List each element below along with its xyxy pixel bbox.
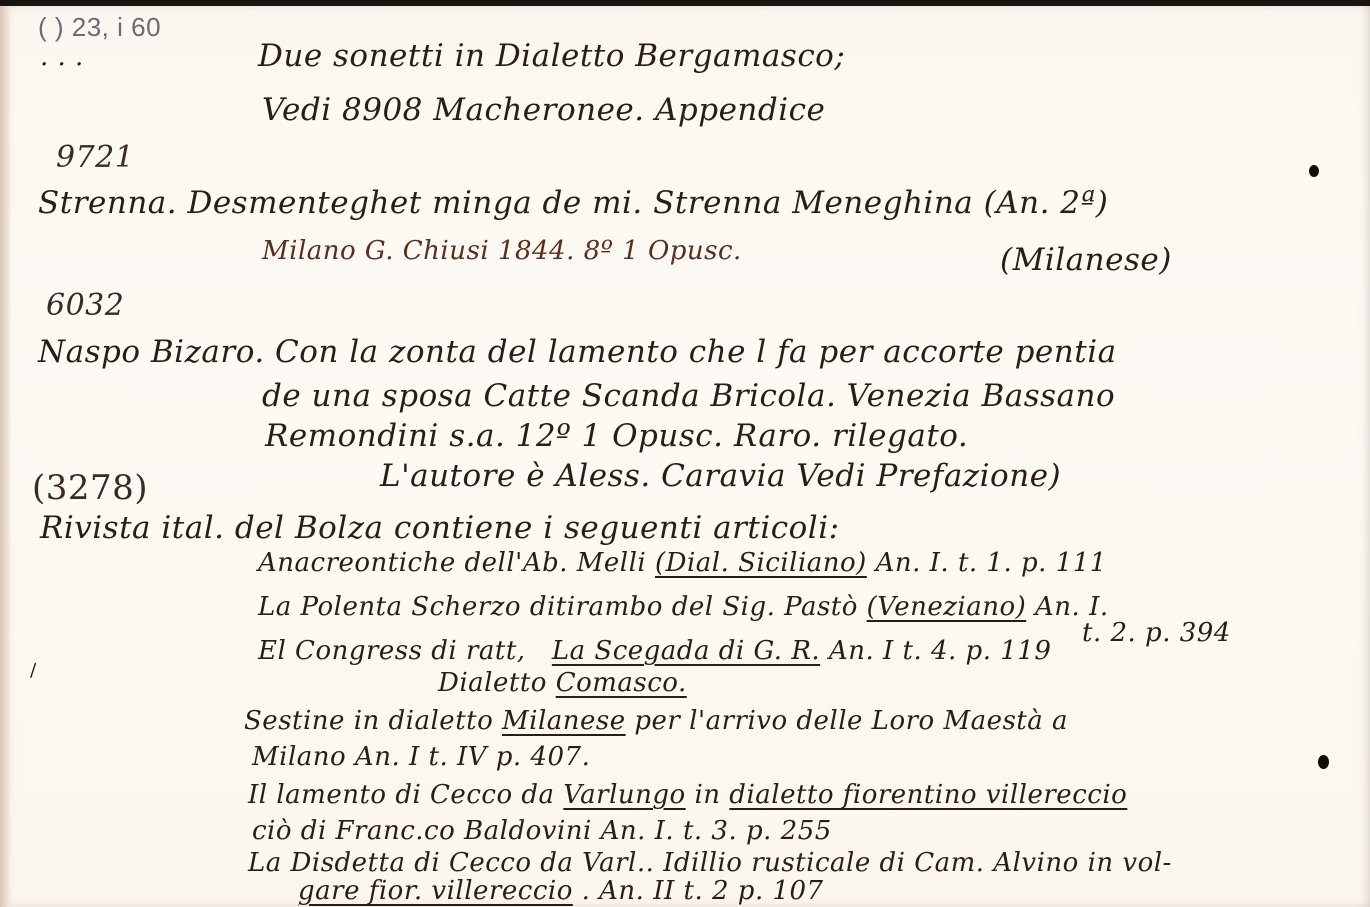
pencil-shelfmark: ( ) 23, i 60: [38, 12, 161, 43]
entry-3-imprint: Remondini s.a. 12º 1 Opusc. Raro. rilega…: [265, 418, 968, 454]
article-5-ref: ciò di Franc.co Baldovini An. I. t. 3. p…: [252, 816, 832, 846]
article-4-dialect: Milanese: [502, 706, 626, 736]
article-4-ref: Milano An. I t. IV p. 407.: [252, 742, 590, 772]
article-3-dialect-line: Dialetto Comasco.: [438, 668, 687, 698]
article-3-subtitle: La Scegada di G. R.: [552, 636, 820, 666]
entry-2-title: Strenna. Desmenteghet minga de mi. Stren…: [38, 185, 1108, 221]
article-1-title: Anacreontiche dell'Ab. Melli: [258, 548, 646, 578]
entry-1-title: Due sonetti in Dialetto Bergamasco;: [258, 38, 845, 74]
article-3-title: El Congress di ratt,: [258, 636, 526, 666]
entry-4-title: Rivista ital. del Bolza contiene i segue…: [40, 510, 840, 546]
article-5-in: in: [694, 780, 720, 810]
article-5-place: Varlungo: [563, 780, 685, 810]
ink-spot: [1318, 755, 1329, 769]
article-1: Anacreontiche dell'Ab. Melli (Dial. Sici…: [258, 548, 1107, 578]
entry-1-see-also: Vedi 8908 Macheronee. Appendice: [262, 92, 825, 128]
catalog-card: [0, 6, 1370, 907]
article-3: El Congress di ratt, La Scegada di G. R.…: [258, 636, 1051, 666]
article-6-dialect: gare fior. villereccio: [298, 876, 573, 906]
article-2-ref-cont: t. 2. p. 394: [1082, 618, 1231, 648]
article-6: La Disdetta di Cecco da Varl.. Idillio r…: [248, 848, 1172, 878]
article-2: La Polenta Scherzo ditirambo del Sig. Pa…: [258, 592, 1109, 622]
article-1-ref: An. I. t. 1. p. 111: [876, 548, 1107, 578]
article-2-title: La Polenta Scherzo ditirambo del Sig. Pa…: [258, 592, 858, 622]
entry-3-title-cont: de una sposa Catte Scanda Bricola. Venez…: [262, 378, 1115, 414]
article-3-dialect: Comasco.: [556, 668, 687, 698]
entry-2-dialect-tag: (Milanese): [1000, 242, 1172, 278]
article-2-dialect: (Veneziano): [867, 592, 1027, 622]
article-3-ref: An. I t. 4. p. 119: [829, 636, 1051, 666]
article-4-title: Sestine in dialetto: [244, 706, 493, 736]
article-3-dialect-label: Dialetto: [438, 668, 547, 698]
article-4: Sestine in dialetto Milanese per l'arriv…: [244, 706, 1068, 736]
entry-3-title: Naspo Bizaro. Con la zonta del lamento c…: [38, 334, 1117, 370]
article-6-ref: . An. II t. 2 p. 107: [582, 876, 824, 906]
article-5-title: Il lamento di Cecco da: [248, 780, 555, 810]
article-5-dialect: dialetto fiorentino villereccio: [729, 780, 1127, 810]
card-edge: [0, 6, 10, 907]
entry-1-dots: . . .: [40, 42, 84, 72]
article-4-title-cont: per l'arrivo delle Loro Maestà a: [634, 706, 1068, 736]
entry-2-imprint: Milano G. Chiusi 1844. 8º 1 Opusc.: [262, 236, 742, 266]
ink-spot: [1309, 165, 1319, 177]
entry-3-author-note: L'autore è Aless. Caravia Vedi Prefazion…: [380, 458, 1061, 494]
article-6-line-2: gare fior. villereccio . An. II t. 2 p. …: [298, 876, 824, 906]
entry-2-number: 9721: [56, 140, 134, 175]
article-5: Il lamento di Cecco da Varlungo in diale…: [248, 780, 1127, 810]
entry-4-number: (3278): [32, 468, 148, 508]
article-1-dialect: (Dial. Siciliano): [655, 548, 867, 578]
entry-3-number: 6032: [46, 288, 124, 323]
